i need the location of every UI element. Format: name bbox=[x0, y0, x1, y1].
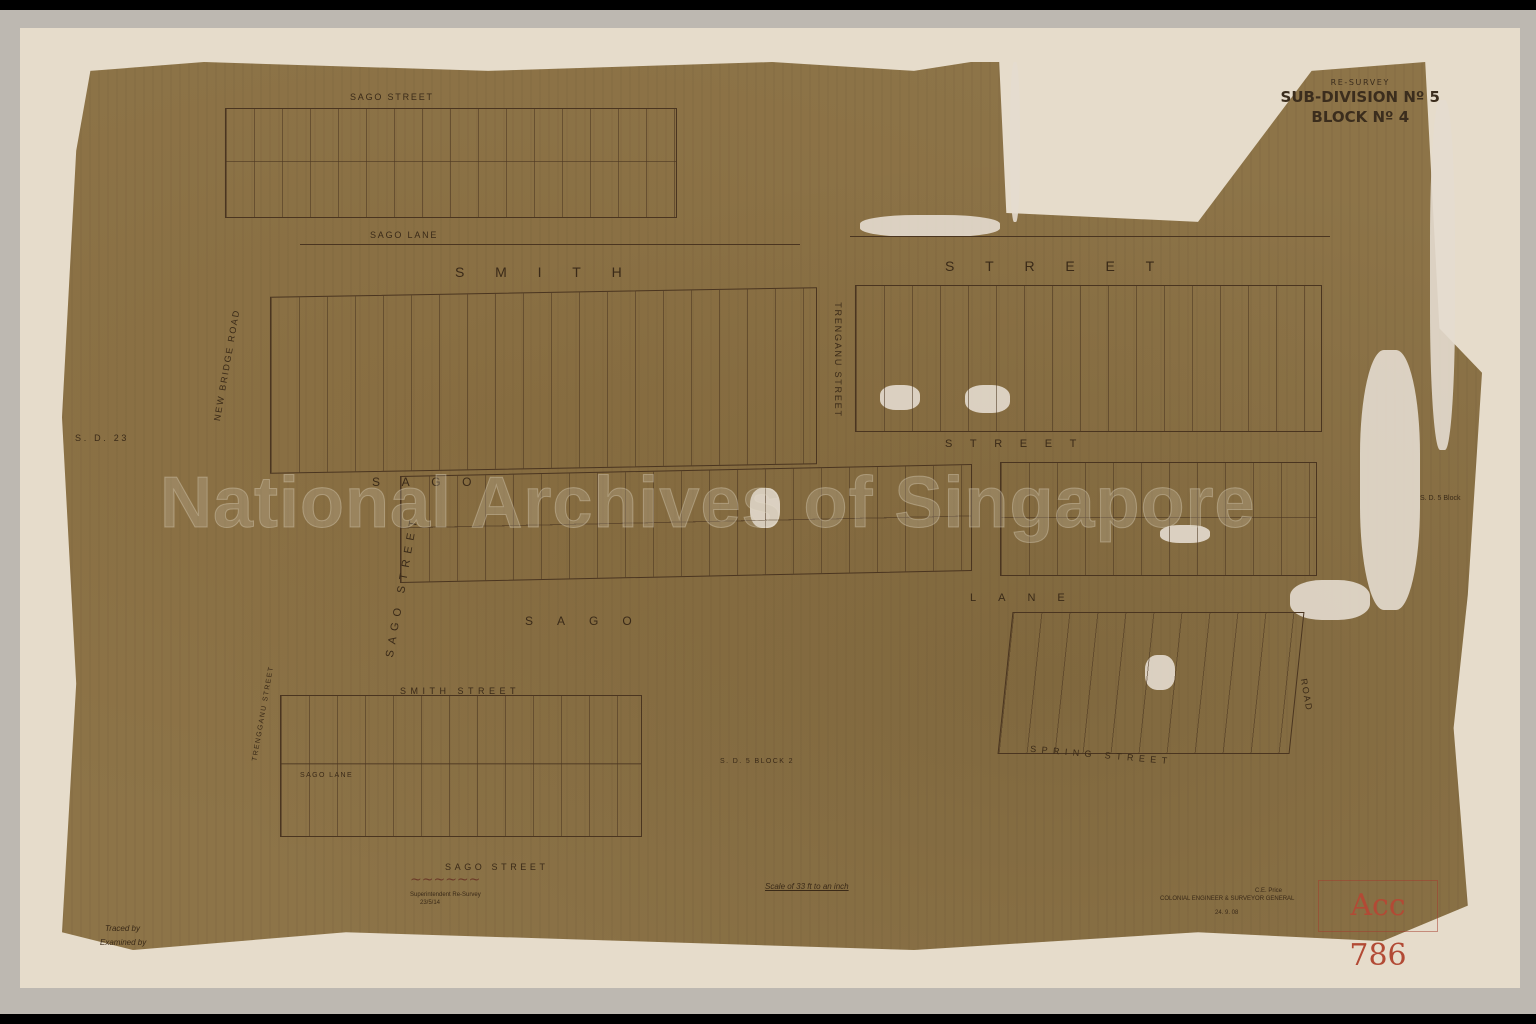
subdivision-title: SUB-DIVISION Nº 5 bbox=[1281, 87, 1440, 107]
street-label-sago-street-inset: SAGO STREET bbox=[445, 862, 549, 872]
street-label-street-mid: STREET bbox=[945, 438, 1094, 450]
lot-block-inset bbox=[280, 695, 642, 837]
lot-block-lower-right bbox=[998, 612, 1305, 754]
paper-damage bbox=[1430, 100, 1455, 450]
street-label-smith: SMITH bbox=[455, 264, 653, 280]
street-label-lane-lower: LANE bbox=[970, 592, 1087, 604]
street-label-sago-lane-top: SAGO LANE bbox=[370, 230, 438, 240]
adjacent-block-label: S. D. 5 BLOCK 2 bbox=[720, 758, 794, 765]
paper-damage bbox=[1360, 350, 1420, 610]
resurvey-label: RE-SURVEY bbox=[1281, 78, 1440, 87]
street-label-smith-street: STREET bbox=[945, 258, 1185, 274]
surveyor-title: Superintendent Re-Survey bbox=[410, 892, 481, 898]
traced-by-note: Traced by bbox=[105, 924, 140, 933]
sago-lane-line-right bbox=[850, 236, 1330, 237]
archive-watermark: National Archives of Singapore bbox=[160, 462, 1256, 544]
engineer-name: C.E. Price bbox=[1255, 888, 1282, 894]
surveyor-signature: ~~~~~~ bbox=[410, 872, 480, 888]
street-label-sago-lower: SAGO bbox=[525, 614, 656, 628]
surveyor-date: 23/5/14 bbox=[420, 900, 440, 906]
lot-block-right bbox=[855, 285, 1322, 432]
scale-note: Scale of 33 ft to an inch bbox=[765, 882, 849, 891]
map-title: RE-SURVEY SUB-DIVISION Nº 5 BLOCK Nº 4 bbox=[1281, 78, 1440, 127]
street-label-sago-street-top: SAGO STREET bbox=[350, 92, 434, 102]
adjacent-block-right-label: S. D. 5 Block bbox=[1420, 495, 1460, 502]
paper-damage bbox=[860, 215, 1000, 237]
block-title: BLOCK Nº 4 bbox=[1281, 107, 1440, 127]
street-label-sago-lane-inset: SAGO LANE bbox=[300, 772, 353, 779]
engineer-title: COLONIAL ENGINEER & SURVEYOR GENERAL bbox=[1160, 896, 1294, 902]
street-label-trengganu-street: TRENGANU STREET bbox=[833, 302, 843, 418]
adjacent-subdivision-label: S. D. 23 bbox=[75, 433, 129, 443]
sago-lane-line bbox=[300, 244, 800, 245]
engineer-date: 24. 9. 08 bbox=[1215, 910, 1238, 916]
accession-number: Acc 786 bbox=[1318, 880, 1438, 932]
lot-block-left bbox=[270, 287, 817, 474]
paper-damage bbox=[1010, 62, 1020, 222]
examined-by-note: Examined by bbox=[100, 938, 146, 947]
lot-block-top bbox=[225, 108, 677, 218]
